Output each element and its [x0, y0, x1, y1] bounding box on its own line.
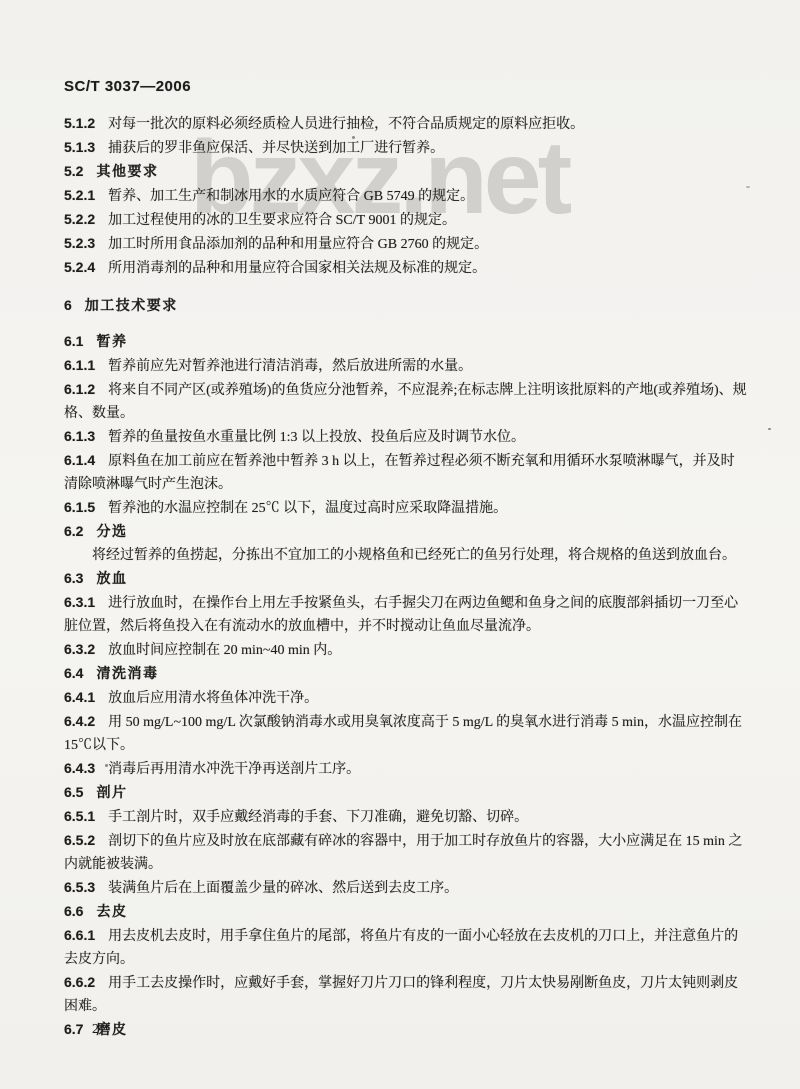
clause-number: 6.1.3 — [64, 428, 95, 444]
clause-number: 5.2.3 — [64, 235, 95, 251]
clause-text: 放血后应用清水将鱼体冲洗干净。 — [108, 691, 318, 706]
clause-text: 暂养前应先对暂养池进行清洁消毒，然后放进所需的水量。 — [108, 359, 472, 374]
clause: 6.5.1手工剖片时，双手应戴经消毒的手套、下刀准确，避免切豁、切碎。 — [64, 805, 748, 829]
clause: 5.1.2对每一批次的原料必须经质检人员进行抽检，不符合品质规定的原料应拒收。 — [64, 112, 748, 136]
clause-text: 剖切下的鱼片应及时放在底部藏有碎冰的容器中，用于加工时存放鱼片的容器，大小应满足… — [64, 834, 742, 872]
section-heading: 6.4清洗消毒 — [64, 662, 748, 686]
page-number: 2 — [92, 1022, 99, 1038]
clause: 6.4.3消毒后再用清水冲洗干净再送剖片工序。 — [64, 757, 748, 781]
clause-number: 5.1.2 — [64, 115, 95, 131]
document-body: 5.1.2对每一批次的原料必须经质检人员进行抽检，不符合品质规定的原料应拒收。5… — [64, 112, 748, 1042]
clause-text: 将经过暂养的鱼捞起，分拣出不宜加工的小规格鱼和已经死亡的鱼另行处理，将合规格的鱼… — [92, 548, 736, 563]
clause-number: 6.3 — [64, 570, 83, 586]
clause-text: 消毒后再用清水冲洗干净再送剖片工序。 — [108, 762, 360, 777]
scan-speck — [746, 186, 750, 188]
clause: 6.6.2用手工去皮操作时，应戴好手套，掌握好刀片刀口的锋利程度，刀片太快易剐断… — [64, 971, 748, 1018]
clause-text: 放血 — [96, 570, 127, 586]
section-heading: 6.5剖片 — [64, 781, 748, 805]
clause: 6.4.2用 50 mg/L~100 mg/L 次氯酸钠消毒水或用臭氧浓度高于 … — [64, 710, 748, 757]
clause: 5.2.4所用消毒剂的品种和用量应符合国家相关法规及标准的规定。 — [64, 256, 748, 280]
clause: 5.2.2加工过程使用的冰的卫生要求应符合 SC/T 9001 的规定。 — [64, 208, 748, 232]
clause-text: 放血时间应控制在 20 min~40 min 内。 — [108, 643, 341, 658]
clause-number: 6.1.5 — [64, 499, 95, 515]
clause-number: 5.1.3 — [64, 139, 95, 155]
clause-number: 5.2.2 — [64, 211, 95, 227]
clause-text: 剖片 — [96, 784, 127, 800]
clause-number: 6.3.1 — [64, 594, 95, 610]
clause-text: 加工时所用食品添加剂的品种和用量应符合 GB 2760 的规定。 — [108, 237, 488, 252]
clause: 6.1.5暂养池的水温应控制在 25℃ 以下，温度过高时应采取降温措施。 — [64, 496, 748, 520]
section-heading: 6.6去皮 — [64, 900, 748, 924]
clause: 6.6.1用去皮机去皮时，用手拿住鱼片的尾部，将鱼片有皮的一面小心轻放在去皮机的… — [64, 924, 748, 971]
clause-number: 6.5.1 — [64, 808, 95, 824]
clause-number: 6.5 — [64, 784, 83, 800]
clause: 5.1.3捕获后的罗非鱼应保活、并尽快送到加工厂进行暂养。 — [64, 136, 748, 160]
section-heading: 6.1暂养 — [64, 330, 748, 354]
clause-number: 6.1.2 — [64, 381, 95, 397]
clause-number: 6.4 — [64, 665, 83, 681]
clause-text: 分选 — [96, 523, 127, 539]
clause-number: 6.4.1 — [64, 689, 95, 705]
clause: 6.4.1放血后应用清水将鱼体冲洗干净。 — [64, 686, 748, 710]
clause-text: 手工剖片时，双手应戴经消毒的手套、下刀准确，避免切豁、切碎。 — [108, 810, 528, 825]
clause-text: 用去皮机去皮时，用手拿住鱼片的尾部，将鱼片有皮的一面小心轻放在去皮机的刀口上，并… — [64, 929, 738, 967]
clause-text: 磨皮 — [96, 1021, 127, 1037]
clause-number: 6.4.3 — [64, 760, 95, 776]
clause-text: 其他要求 — [96, 163, 158, 179]
scan-speck — [768, 428, 771, 430]
clause: 6.5.3装满鱼片后在上面覆盖少量的碎冰、然后送到去皮工序。 — [64, 876, 748, 900]
clause: 6.1.4原料鱼在加工前应在暂养池中暂养 3 h 以上，在暂养过程必须不断充氧和… — [64, 449, 748, 496]
clause-number: 5.2.4 — [64, 259, 95, 275]
clause: 6.3.1进行放血时，在操作台上用左手按紧鱼头，右手握尖刀在两边鱼鳃和鱼身之间的… — [64, 591, 748, 638]
section-heading: 6.7磨皮 — [64, 1018, 748, 1042]
clause-text: 暂养 — [96, 333, 127, 349]
clause-number: 6.6.2 — [64, 974, 95, 990]
paragraph: 将经过暂养的鱼捞起，分拣出不宜加工的小规格鱼和已经死亡的鱼另行处理，将合规格的鱼… — [64, 544, 748, 567]
clause: 5.2.3加工时所用食品添加剂的品种和用量应符合 GB 2760 的规定。 — [64, 232, 748, 256]
clause: 6.1.2将来自不同产区(或养殖场)的鱼货应分池暂养，不应混养;在标志牌上注明该… — [64, 378, 748, 425]
clause-number: 6.6.1 — [64, 927, 95, 943]
clause-text: 用 50 mg/L~100 mg/L 次氯酸钠消毒水或用臭氧浓度高于 5 mg/… — [64, 715, 742, 753]
clause-text: 暂养的鱼量按鱼水重量比例 1:3 以上投放、投鱼后应及时调节水位。 — [108, 430, 525, 445]
clause-number: 6.4.2 — [64, 713, 95, 729]
clause-text: 暂养池的水温应控制在 25℃ 以下，温度过高时应采取降温措施。 — [108, 501, 507, 516]
clause-text: 清洗消毒 — [96, 665, 158, 681]
clause-text: 去皮 — [96, 903, 127, 919]
scan-speck — [105, 764, 108, 767]
clause-number: 6.1 — [64, 333, 83, 349]
clause-text: 加工过程使用的冰的卫生要求应符合 SC/T 9001 的规定。 — [108, 213, 456, 228]
section-heading: 6加工技术要求 — [64, 294, 748, 318]
clause: 6.3.2放血时间应控制在 20 min~40 min 内。 — [64, 638, 748, 662]
clause-text: 暂养、加工生产和制冰用水的水质应符合 GB 5749 的规定。 — [108, 189, 474, 204]
section-heading: 5.2其他要求 — [64, 160, 748, 184]
clause: 5.2.1暂养、加工生产和制冰用水的水质应符合 GB 5749 的规定。 — [64, 184, 748, 208]
clause-number: 6.7 — [64, 1021, 83, 1037]
clause-number: 6.5.3 — [64, 879, 95, 895]
clause-number: 6.6 — [64, 903, 83, 919]
standard-number: SC/T 3037—2006 — [64, 78, 191, 95]
clause-number: 6.2 — [64, 523, 83, 539]
clause-text: 捕获后的罗非鱼应保活、并尽快送到加工厂进行暂养。 — [108, 141, 444, 156]
clause-number: 6.5.2 — [64, 832, 95, 848]
clause-text: 原料鱼在加工前应在暂养池中暂养 3 h 以上，在暂养过程必须不断充氧和用循环水泵… — [64, 454, 735, 492]
clause: 6.1.1暂养前应先对暂养池进行清洁消毒，然后放进所需的水量。 — [64, 354, 748, 378]
clause-text: 加工技术要求 — [85, 297, 178, 313]
clause-text: 所用消毒剂的品种和用量应符合国家相关法规及标准的规定。 — [108, 261, 486, 276]
clause-number: 6.1.1 — [64, 357, 95, 373]
clause: 6.1.3暂养的鱼量按鱼水重量比例 1:3 以上投放、投鱼后应及时调节水位。 — [64, 425, 748, 449]
clause-number: 5.2.1 — [64, 187, 95, 203]
scan-speck — [352, 136, 355, 139]
clause-text: 进行放血时，在操作台上用左手按紧鱼头，右手握尖刀在两边鱼鳃和鱼身之间的底腹部斜插… — [64, 596, 738, 634]
clause-text: 将来自不同产区(或养殖场)的鱼货应分池暂养，不应混养;在标志牌上注明该批原料的产… — [64, 383, 747, 421]
clause-text: 对每一批次的原料必须经质检人员进行抽检，不符合品质规定的原料应拒收。 — [108, 117, 584, 132]
clause-text: 装满鱼片后在上面覆盖少量的碎冰、然后送到去皮工序。 — [108, 881, 458, 896]
document-page: SC/T 3037—2006 bzxz.net 5.1.2对每一批次的原料必须经… — [0, 0, 800, 1089]
section-heading: 6.3放血 — [64, 567, 748, 591]
clause-text: 用手工去皮操作时，应戴好手套，掌握好刀片刀口的锋利程度，刀片太快易剐断鱼皮，刀片… — [64, 976, 738, 1014]
clause-number: 5.2 — [64, 163, 83, 179]
section-heading: 6.2分选 — [64, 520, 748, 544]
clause: 6.5.2剖切下的鱼片应及时放在底部藏有碎冰的容器中，用于加工时存放鱼片的容器，… — [64, 829, 748, 876]
clause-number: 6.3.2 — [64, 641, 95, 657]
clause-number: 6 — [64, 297, 72, 313]
clause-number: 6.1.4 — [64, 452, 95, 468]
